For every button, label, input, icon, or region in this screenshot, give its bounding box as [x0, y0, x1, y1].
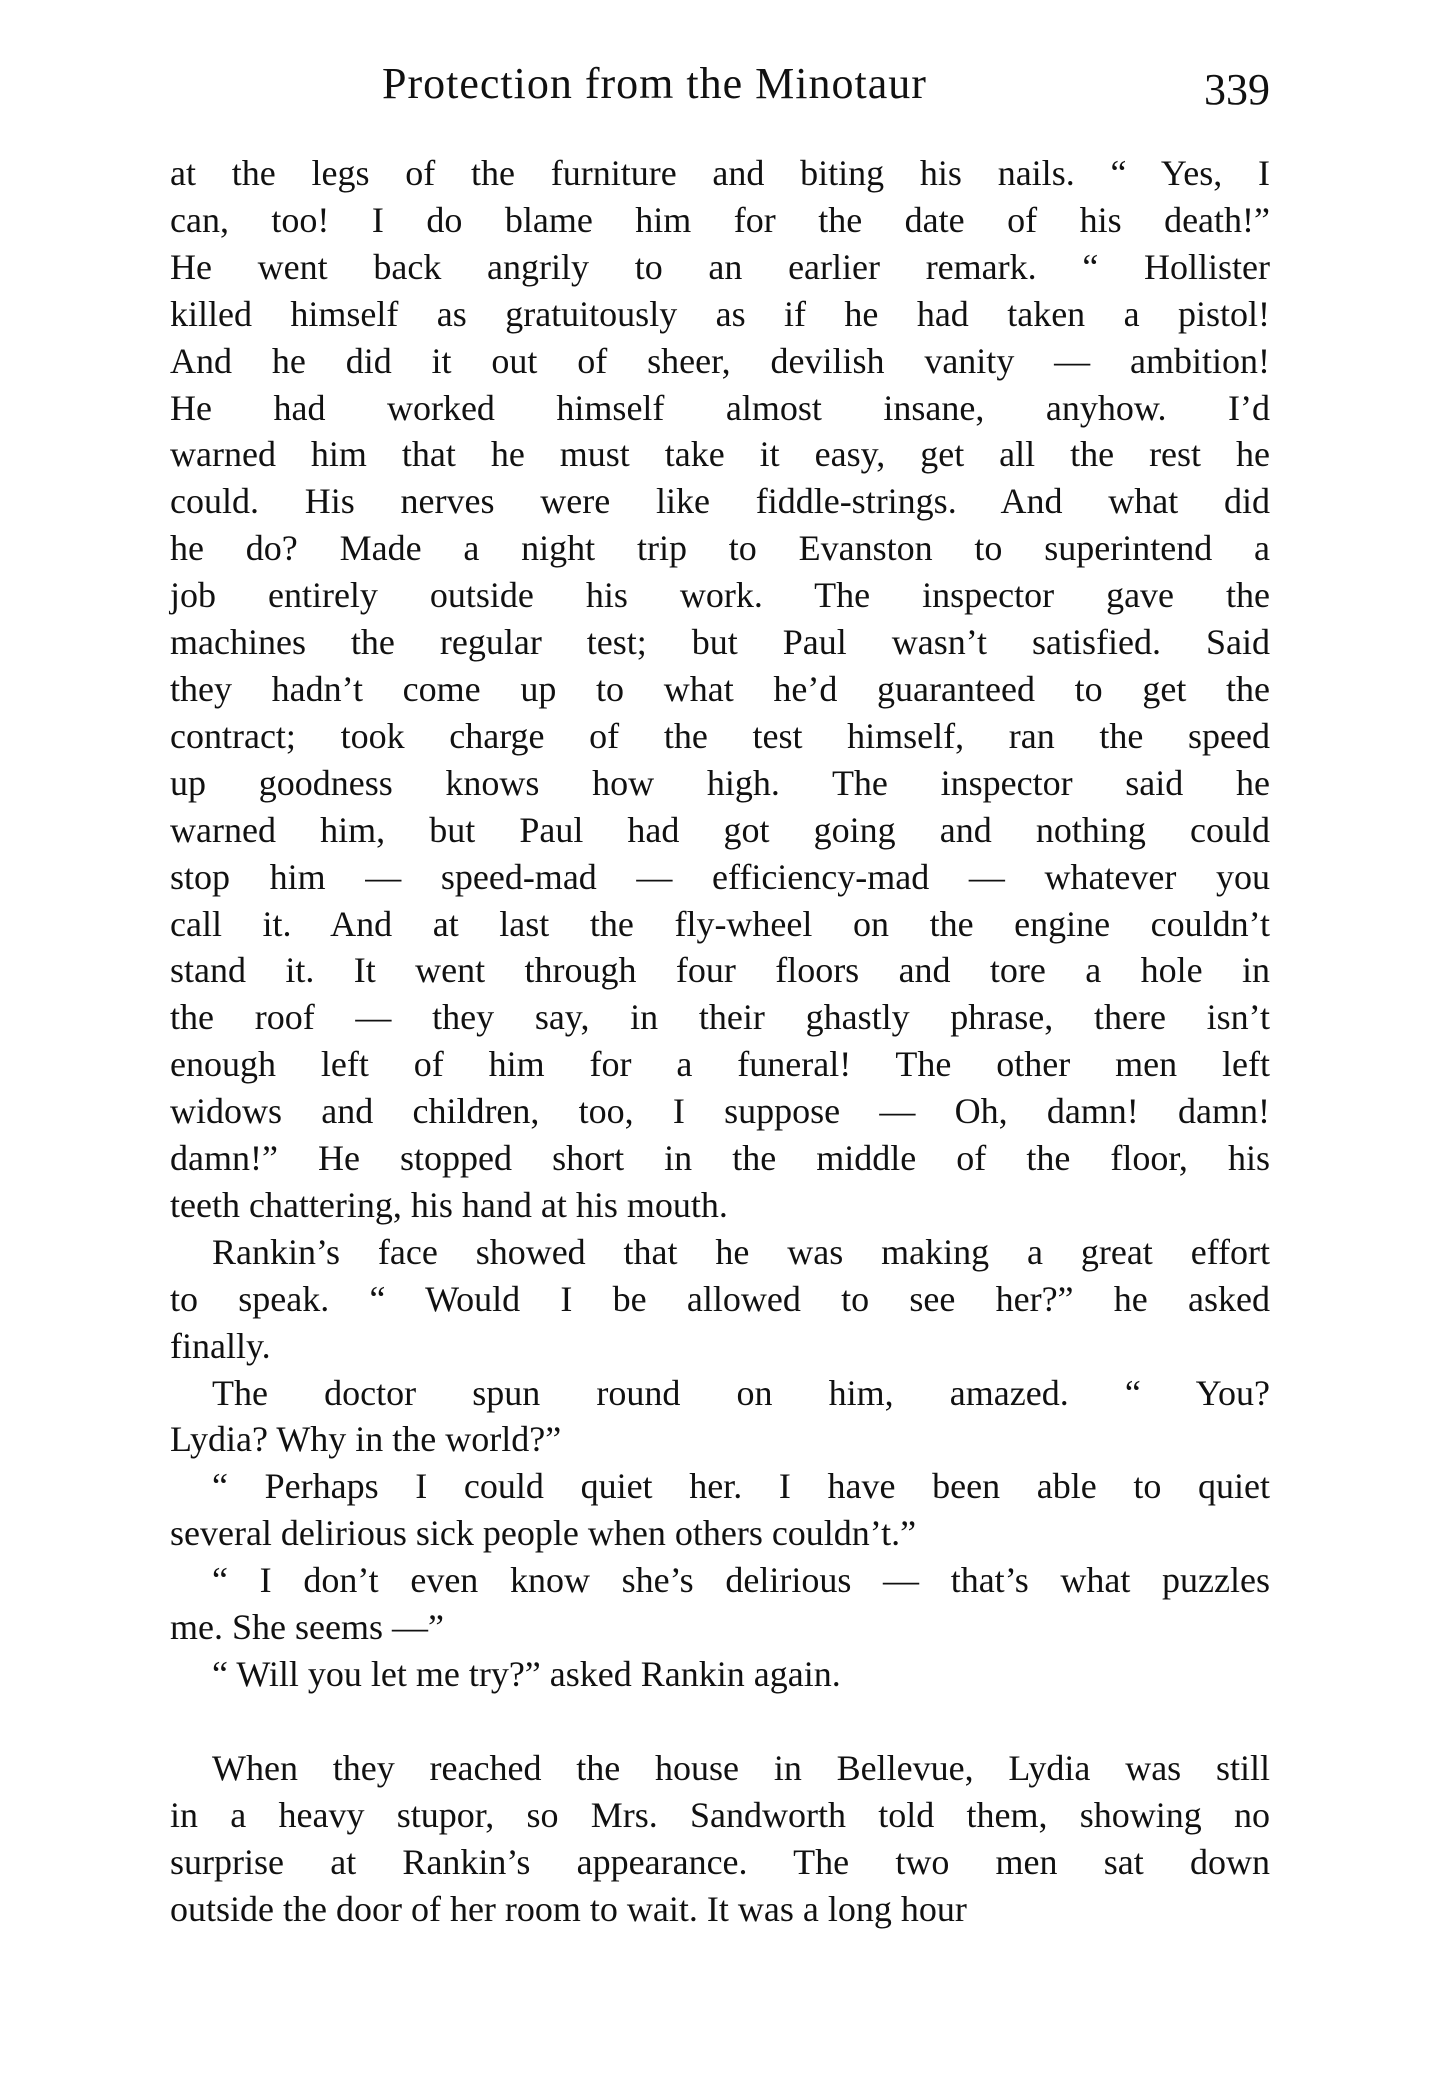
page-number: 339 [1204, 64, 1270, 115]
text-line: And he did it out of sheer, devilish van… [170, 338, 1270, 385]
text-line: up goodness knows how high. The inspecto… [170, 760, 1270, 807]
text-line: He had worked himself almost insane, any… [170, 385, 1270, 432]
text-line: the roof — they say, in their ghastly ph… [170, 994, 1270, 1041]
text-line: surprise at Rankin’s appearance. The two… [170, 1839, 1270, 1886]
running-title: Protection from the Minotaur [382, 58, 927, 109]
running-head: Protection from the Minotaur 339 [170, 58, 1270, 118]
text-line: widows and children, too, I suppose — Oh… [170, 1088, 1270, 1135]
text-line: “ Perhaps I could quiet her. I have been… [170, 1463, 1270, 1510]
text-line: damn!” He stopped short in the middle of… [170, 1135, 1270, 1182]
text-line: Rankin’s face showed that he was making … [170, 1229, 1270, 1276]
text-line: When they reached the house in Bellevue,… [170, 1745, 1270, 1792]
text-line: they hadn’t come up to what he’d guarant… [170, 666, 1270, 713]
text-line: “ Will you let me try?” asked Rankin aga… [170, 1651, 1270, 1698]
text-line: outside the door of her room to wait. It… [170, 1886, 1270, 1933]
text-line: me. She seems —” [170, 1604, 1270, 1651]
book-page: Protection from the Minotaur 339 at the … [0, 0, 1449, 2083]
paragraph: “ I don’t even know she’s delirious — th… [170, 1557, 1270, 1651]
text-line: The doctor spun round on him, amazed. “ … [170, 1370, 1270, 1417]
text-line: in a heavy stupor, so Mrs. Sandworth tol… [170, 1792, 1270, 1839]
paragraph: “ Will you let me try?” asked Rankin aga… [170, 1651, 1270, 1698]
text-line: to speak. “ Would I be allowed to see he… [170, 1276, 1270, 1323]
text-line: can, too! I do blame him for the date of… [170, 197, 1270, 244]
text-line: stop him — speed-mad — efficiency-mad — … [170, 854, 1270, 901]
paragraph: Rankin’s face showed that he was making … [170, 1229, 1270, 1370]
paragraph: The doctor spun round on him, amazed. “ … [170, 1370, 1270, 1464]
paragraph: When they reached the house in Bellevue,… [170, 1745, 1270, 1933]
text-line: at the legs of the furniture and biting … [170, 150, 1270, 197]
text-line: contract; took charge of the test himsel… [170, 713, 1270, 760]
text-line: warned him, but Paul had got going and n… [170, 807, 1270, 854]
text-line: finally. [170, 1323, 1270, 1370]
text-line: warned him that he must take it easy, ge… [170, 431, 1270, 478]
text-line: Lydia? Why in the world?” [170, 1416, 1270, 1463]
text-line: call it. And at last the fly-wheel on th… [170, 901, 1270, 948]
text-line: could. His nerves were like fiddle-strin… [170, 478, 1270, 525]
text-line: killed himself as gratuitously as if he … [170, 291, 1270, 338]
text-line: teeth chattering, his hand at his mouth. [170, 1182, 1270, 1229]
text-line: several delirious sick people when other… [170, 1510, 1270, 1557]
body-text: at the legs of the furniture and biting … [170, 150, 1270, 1932]
paragraph: “ Perhaps I could quiet her. I have been… [170, 1463, 1270, 1557]
text-line: enough left of him for a funeral! The ot… [170, 1041, 1270, 1088]
text-line: he do? Made a night trip to Evanston to … [170, 525, 1270, 572]
text-line: machines the regular test; but Paul wasn… [170, 619, 1270, 666]
text-line: He went back angrily to an earlier remar… [170, 244, 1270, 291]
text-line: “ I don’t even know she’s delirious — th… [170, 1557, 1270, 1604]
text-line: job entirely outside his work. The inspe… [170, 572, 1270, 619]
text-line: stand it. It went through four floors an… [170, 947, 1270, 994]
paragraph: at the legs of the furniture and biting … [170, 150, 1270, 1229]
